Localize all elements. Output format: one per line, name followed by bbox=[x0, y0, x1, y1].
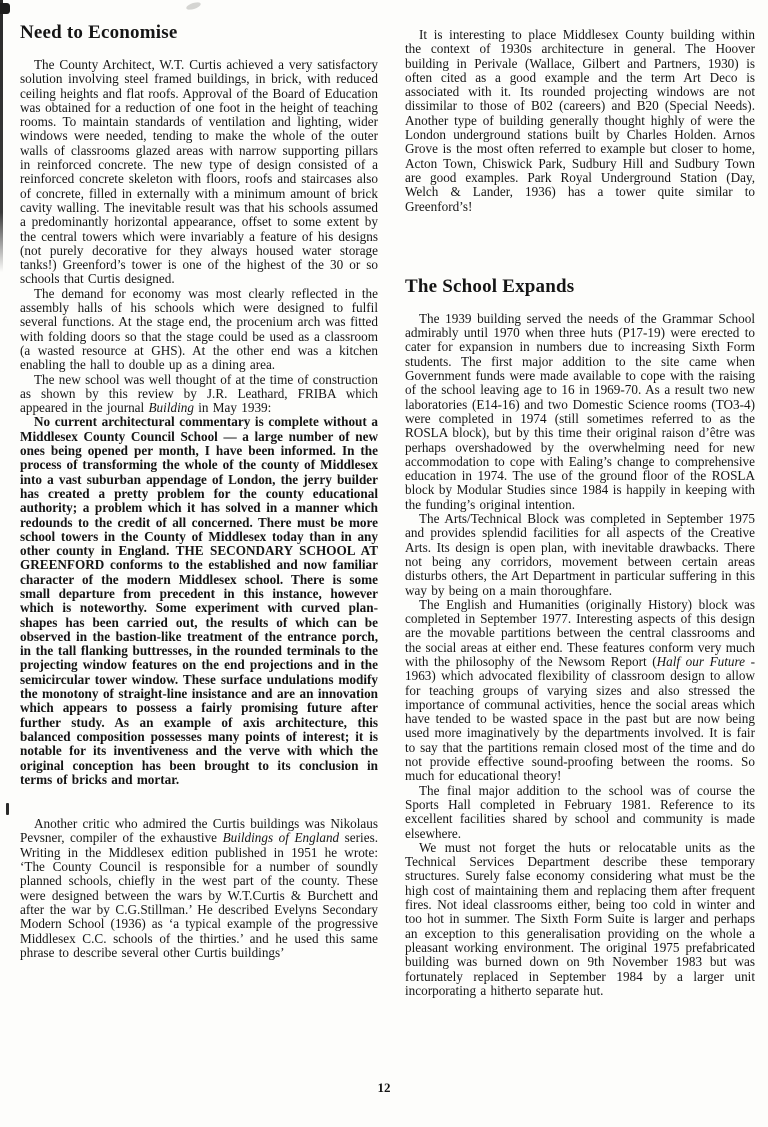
text-run: The Arts/Technical Block was completed i… bbox=[405, 511, 755, 597]
page-number: 12 bbox=[0, 1080, 768, 1096]
text-run: series. Writing in the Middlesex edition… bbox=[20, 830, 378, 959]
paragraph: The County Architect, W.T. Curtis achiev… bbox=[20, 58, 378, 287]
section-heading: The School Expands bbox=[405, 276, 755, 298]
text-run: No current architectural commentary is c… bbox=[20, 414, 378, 786]
text-run: in May 1939: bbox=[194, 400, 271, 415]
text-run: - 1963) which advocated flexibility of c… bbox=[405, 654, 755, 783]
text-run: The demand for economy was most clearly … bbox=[20, 286, 378, 372]
text-run: We must not forget the huts or relocatab… bbox=[405, 840, 755, 998]
paragraph: The 1939 building served the needs of th… bbox=[405, 312, 755, 512]
text-run: It is interesting to place Middlesex Cou… bbox=[405, 27, 755, 214]
italic-text-run: Buildings of England bbox=[223, 830, 340, 845]
paragraph: The demand for economy was most clearly … bbox=[20, 287, 378, 373]
quote-paragraph: No current architectural commentary is c… bbox=[20, 415, 378, 787]
section-heading: Need to Economise bbox=[20, 22, 378, 44]
italic-text-run: Building bbox=[149, 400, 194, 415]
paragraph: The final major addition to the school w… bbox=[405, 784, 755, 841]
paragraph: It is interesting to place Middlesex Cou… bbox=[405, 28, 755, 214]
two-column-layout: Need to EconomiseThe County Architect, W… bbox=[0, 0, 768, 998]
text-run: The County Architect, W.T. Curtis achiev… bbox=[20, 57, 378, 286]
italic-text-run: Half our Future bbox=[657, 654, 745, 669]
text-run: The 1939 building served the needs of th… bbox=[405, 311, 755, 512]
scanned-book-page: Need to EconomiseThe County Architect, W… bbox=[0, 0, 768, 1127]
paragraph: The English and Humanities (originally H… bbox=[405, 598, 755, 784]
paragraph: We must not forget the huts or relocatab… bbox=[405, 841, 755, 998]
paragraph: The Arts/Technical Block was completed i… bbox=[405, 512, 755, 598]
paragraph: Another critic who admired the Curtis bu… bbox=[20, 817, 378, 960]
right-column: It is interesting to place Middlesex Cou… bbox=[405, 22, 755, 998]
paragraph: The new school was well thought of at th… bbox=[20, 373, 378, 416]
text-run: The final major addition to the school w… bbox=[405, 783, 755, 841]
left-column: Need to EconomiseThe County Architect, W… bbox=[20, 22, 378, 998]
